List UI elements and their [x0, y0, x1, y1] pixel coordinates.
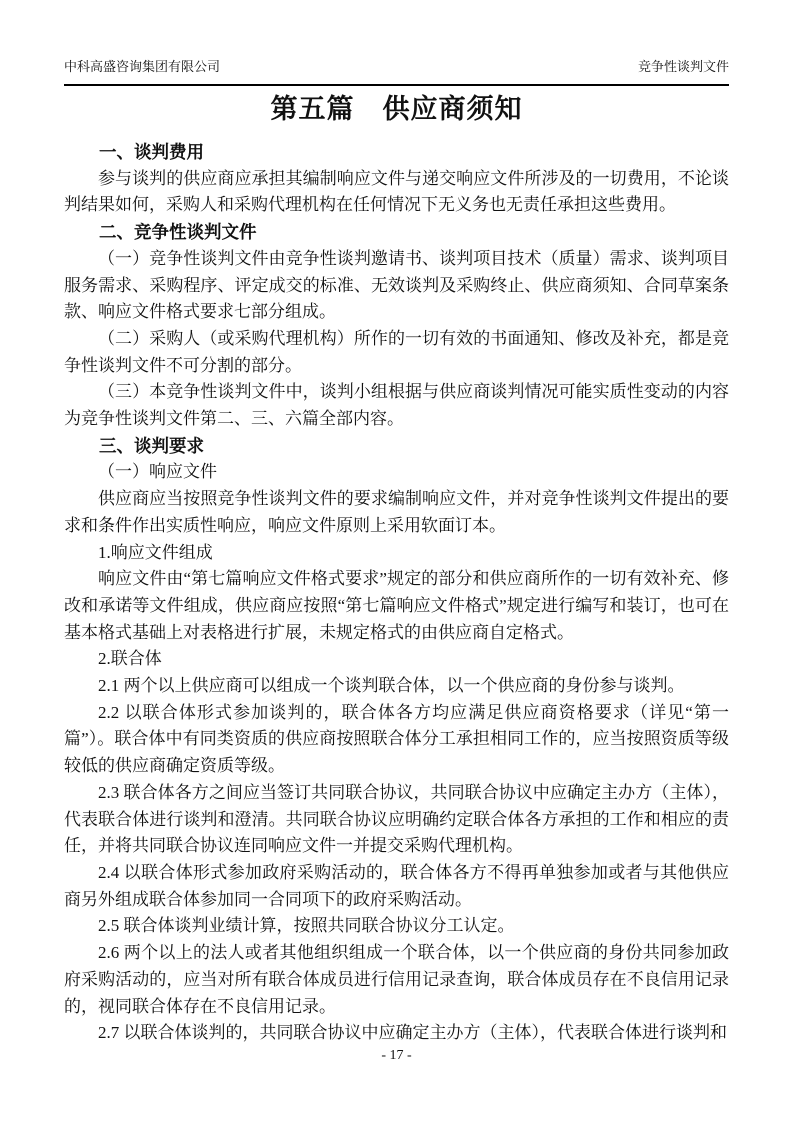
paragraph: 响应文件由“第七篇响应文件格式要求”规定的部分和供应商所作的一切有效补充、修改和… [64, 566, 729, 646]
header-company-name: 中科高盛咨询集团有限公司 [64, 58, 220, 75]
paragraph: 参与谈判的供应商应承担其编制响应文件与递交响应文件所涉及的一切费用，不论谈判结果… [64, 166, 729, 219]
paragraph: 2.7 以联合体谈判的，共同联合协议中应确定主办方（主体），代表联合体进行谈判和 [64, 1020, 729, 1047]
document-body: 一、谈判费用参与谈判的供应商应承担其编制响应文件与递交响应文件所涉及的一切费用，… [64, 139, 729, 1047]
section-heading: 二、竞争性谈判文件 [64, 219, 729, 246]
paragraph: （一）响应文件 [64, 459, 729, 486]
page-header: 中科高盛咨询集团有限公司 竞争性谈判文件 [64, 58, 729, 86]
section-heading: 三、谈判要求 [64, 433, 729, 460]
paragraph: （二）采购人（或采购代理机构）所作的一切有效的书面通知、修改及补充，都是竞争性谈… [64, 326, 729, 379]
paragraph: 1.响应文件组成 [64, 540, 729, 567]
page-title: 第五篇 供应商须知 [64, 93, 729, 126]
paragraph: 2.5 联合体谈判业绩计算，按照共同联合协议分工认定。 [64, 913, 729, 940]
header-document-type: 竞争性谈判文件 [638, 58, 729, 75]
paragraph: （一）竞争性谈判文件由竞争性谈判邀请书、谈判项目技术（质量）需求、谈判项目服务需… [64, 246, 729, 326]
section-heading: 一、谈判费用 [64, 139, 729, 166]
paragraph: 2.2 以联合体形式参加谈判的，联合体各方均应满足供应商资格要求（详见“第一篇”… [64, 700, 729, 780]
page-number: - 17 - [0, 1048, 793, 1064]
paragraph: 2.3 联合体各方之间应当签订共同联合协议，共同联合协议中应确定主办方（主体），… [64, 780, 729, 860]
paragraph: （三）本竞争性谈判文件中，谈判小组根据与供应商谈判情况可能实质性变动的内容为竞争… [64, 379, 729, 432]
paragraph: 2.6 两个以上的法人或者其他组织组成一个联合体，以一个供应商的身份共同参加政府… [64, 940, 729, 1020]
paragraph: 2.联合体 [64, 646, 729, 673]
paragraph: 供应商应当按照竞争性谈判文件的要求编制响应文件，并对竞争性谈判文件提出的要求和条… [64, 486, 729, 539]
document-page: 中科高盛咨询集团有限公司 竞争性谈判文件 第五篇 供应商须知 一、谈判费用参与谈… [0, 0, 793, 1122]
paragraph: 2.4 以联合体形式参加政府采购活动的，联合体各方不得再单独参加或者与其他供应商… [64, 860, 729, 913]
paragraph: 2.1 两个以上供应商可以组成一个谈判联合体，以一个供应商的身份参与谈判。 [64, 673, 729, 700]
